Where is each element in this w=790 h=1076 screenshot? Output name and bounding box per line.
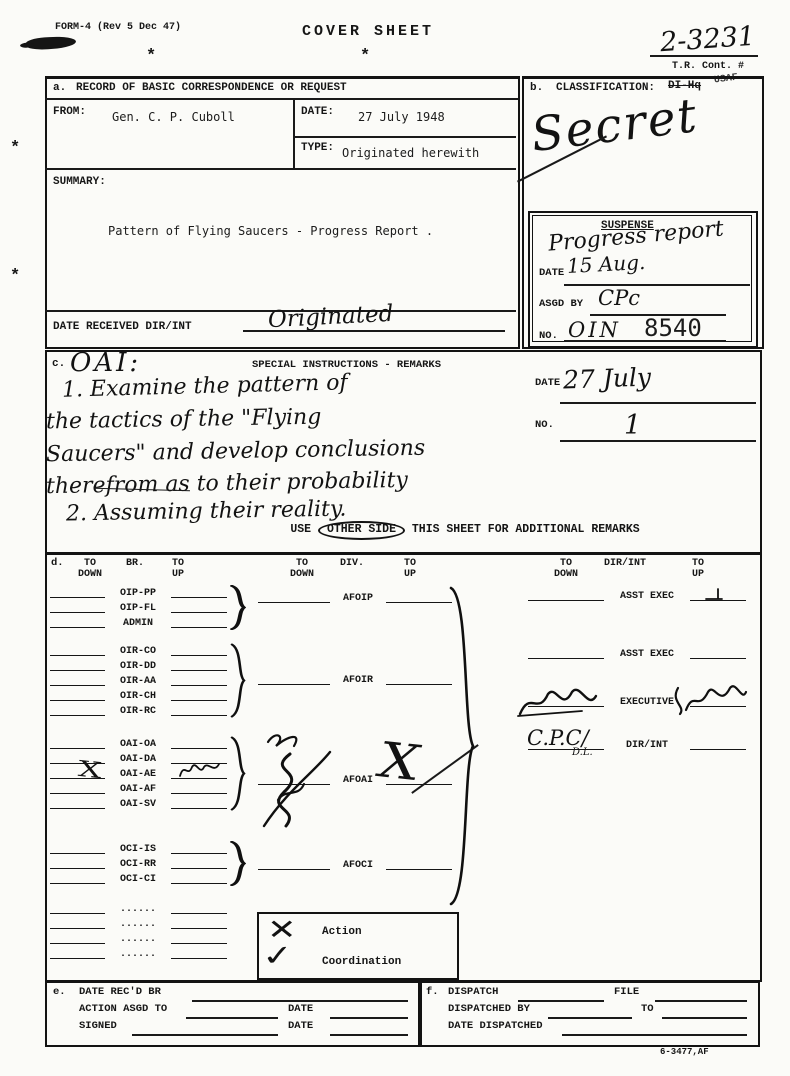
routing-code: OCI-RR	[105, 859, 171, 871]
control-number-label: T.R. Cont. #	[672, 61, 744, 72]
dirint-initials-sub: D.L.	[572, 748, 593, 758]
blank-line	[518, 1000, 604, 1002]
routing-row: OAI-OA	[50, 736, 227, 751]
routing-group-oip: OIP-PP OIP-FL ADMIN	[50, 585, 227, 630]
signed-label: SIGNED	[79, 1021, 117, 1033]
blank-line	[186, 1017, 278, 1019]
suspense-no-line	[564, 340, 726, 342]
use-other-side-post: THIS SHEET FOR ADDITIONAL REMARKS	[412, 523, 640, 536]
oai-ae-initials-scribble	[176, 758, 222, 780]
routing-row: OCI-CI	[50, 871, 227, 886]
divider	[293, 136, 516, 138]
dirint-initials-handwritten: C.P.C/	[527, 728, 589, 749]
date-label: DATE:	[301, 106, 334, 118]
date-received-line	[243, 330, 505, 332]
divider	[45, 168, 516, 170]
asterisk-mark: *	[360, 48, 370, 67]
section-f-label: f.	[426, 987, 439, 999]
br-col-header: BR.	[126, 558, 144, 569]
section-c-date-label: DATE	[535, 378, 560, 390]
routing-row: OIR-CH	[50, 688, 227, 703]
to-label: TO	[641, 1004, 654, 1016]
div-col-down-header: TO DOWN	[290, 558, 314, 580]
section-c-addressee-handwritten: OAI:	[70, 350, 141, 376]
suspense-asgd-handwritten: CPc	[598, 288, 640, 309]
routing-code: OAI-OA	[105, 739, 171, 751]
blank-line	[655, 1000, 747, 1002]
dirint-col-down-header: TO DOWN	[554, 558, 578, 580]
suspense-stamped-number: 8540	[644, 314, 702, 342]
blank-line	[548, 1017, 632, 1019]
routing-row: ......	[50, 916, 227, 931]
routing-code: OCI-IS	[105, 844, 171, 856]
page-title: COVER SHEET	[302, 24, 434, 41]
blank-line	[192, 1000, 408, 1002]
section-c-date-handwritten: 27 July	[563, 364, 652, 392]
routing-row: OIR-RC	[50, 703, 227, 718]
routing-code: OIR-CH	[105, 691, 171, 703]
remarks-line: the tactics of the "Flying	[46, 407, 322, 434]
routing-row: OAI-AF	[50, 781, 227, 796]
asst-exec-tick-mark	[702, 586, 728, 602]
summary-label: SUMMARY:	[53, 176, 106, 188]
routing-group-oci: OCI-IS OCI-RR OCI-CI	[50, 841, 227, 886]
div-routing-row: AFOIR	[258, 672, 454, 687]
group-brace	[230, 841, 246, 886]
routing-code: ......	[105, 904, 171, 916]
suspense-date-handwritten: 15 Aug.	[567, 252, 646, 276]
dirint-col-up-header: TO UP	[692, 558, 704, 580]
section-c-no-handwritten: 1	[624, 412, 641, 439]
action-asgd-label: ACTION ASGD TO	[79, 1004, 167, 1016]
section-a-label: a.	[53, 82, 66, 94]
type-value: Originated herewith	[342, 146, 479, 160]
routing-code: OAI-AF	[105, 784, 171, 796]
routing-row: OIR-DD	[50, 658, 227, 673]
routing-group-oir: OIR-CO OIR-DD OIR-AA OIR-CH OIR-RC	[50, 643, 227, 718]
routing-code: AFOCI	[330, 860, 386, 872]
routing-row: OCI-IS	[50, 841, 227, 856]
file-label: FILE	[614, 987, 639, 999]
date-recd-br-label: DATE REC'D BR	[79, 987, 161, 999]
use-other-side-pre: USE	[290, 523, 311, 536]
routing-code: AFOIP	[330, 593, 386, 605]
control-number-underline	[650, 55, 758, 57]
other-side-circled: OTHER SIDE	[318, 521, 405, 540]
routing-row: OCI-RR	[50, 856, 227, 871]
routing-code: ADMIN	[105, 618, 171, 630]
div-col-header: DIV.	[340, 558, 364, 569]
date-dispatched-label: DATE DISPATCHED	[448, 1021, 543, 1033]
blank-line	[330, 1034, 408, 1036]
section-c-no-line	[560, 440, 756, 442]
div-column-brace	[448, 586, 476, 906]
dispatch-label: DISPATCH	[448, 987, 498, 999]
routing-code: OCI-CI	[105, 874, 171, 886]
oai-ae-action-x-mark: X	[77, 759, 103, 783]
routing-row: ......	[50, 946, 227, 961]
routing-code: OIR-CO	[105, 646, 171, 658]
form-number: FORM-4 (Rev 5 Dec 47)	[55, 22, 181, 33]
section-c-date-line	[560, 402, 756, 404]
routing-code: OAI-SV	[105, 799, 171, 811]
routing-code: OIR-AA	[105, 676, 171, 688]
routing-code: OIR-DD	[105, 661, 171, 673]
section-b-title: CLASSIFICATION:	[556, 82, 655, 94]
ink-smudge	[26, 35, 77, 50]
routing-row: OIR-CO	[50, 643, 227, 658]
use-other-side-note: USE OTHER SIDE THIS SHEET FOR ADDITIONAL…	[240, 521, 690, 540]
routing-code: ......	[105, 934, 171, 946]
asterisk-mark: *	[10, 140, 20, 159]
divider	[45, 98, 518, 100]
br-col-down-header: TO DOWN	[78, 558, 102, 580]
section-e-label: e.	[53, 987, 66, 999]
suspense-asgd-label: ASGD BY	[539, 299, 583, 311]
asterisk-mark: *	[146, 48, 156, 67]
executive-down-signature	[516, 686, 600, 720]
control-number-handwritten: 2-3231	[659, 23, 756, 57]
blank-line	[562, 1034, 747, 1036]
routing-code: AFOIR	[330, 675, 386, 687]
routing-row: ......	[50, 901, 227, 916]
routing-row: OIP-PP	[50, 585, 227, 600]
afoai-signature-scribble	[256, 728, 340, 836]
blank-line	[132, 1034, 278, 1036]
footer-form-code: 6-3477,AF	[660, 1048, 709, 1058]
routing-row: OIP-FL	[50, 600, 227, 615]
suspense-date-label: DATE	[539, 268, 564, 280]
asterisk-mark: *	[10, 268, 20, 287]
routing-code: OAI-DA	[105, 754, 171, 766]
divider	[293, 100, 295, 170]
div-routing-row: AFOCI	[258, 857, 454, 872]
suspense-no-handwritten: OIN	[568, 320, 621, 341]
routing-code: ......	[105, 949, 171, 961]
routing-row: ADMIN	[50, 615, 227, 630]
section-a-title: RECORD OF BASIC CORRESPONDENCE OR REQUES…	[76, 82, 347, 94]
legend-coordination-label: Coordination	[322, 956, 401, 968]
group-brace	[230, 643, 246, 718]
routing-code: ......	[105, 919, 171, 931]
dirint-routing-row: ASST EXEC	[528, 646, 748, 661]
section-d-label: d.	[51, 558, 64, 570]
routing-row: OAI-SV	[50, 796, 227, 811]
routing-code: OAI-AE	[105, 769, 171, 781]
section-c-label: c.	[52, 358, 65, 370]
section-c-no-label: NO.	[535, 420, 554, 432]
blank-line	[330, 1017, 408, 1019]
dispatched-by-label: DISPATCHED BY	[448, 1004, 530, 1016]
section-b-label: b.	[530, 82, 543, 94]
from-value: Gen. C. P. Cuboll	[112, 110, 235, 124]
br-col-up-header: TO UP	[172, 558, 184, 580]
from-label: FROM:	[53, 106, 86, 118]
routing-code: ASST EXEC	[604, 649, 690, 661]
routing-code: DIR/INT	[604, 740, 690, 752]
date-value: 27 July 1948	[358, 110, 445, 124]
legend-action-label: Action	[322, 926, 362, 938]
routing-code: OIP-PP	[105, 588, 171, 600]
date-label: DATE	[288, 1021, 313, 1033]
routing-code: OIP-FL	[105, 603, 171, 615]
group-brace	[230, 736, 246, 811]
div-routing-row: AFOIP	[258, 590, 454, 605]
dirint-col-header: DIR/INT	[604, 558, 646, 569]
div-col-up-header: TO UP	[404, 558, 416, 580]
suspense-no-label: NO.	[539, 331, 558, 343]
routing-code: OIR-RC	[105, 706, 171, 718]
routing-code: ASST EXEC	[604, 591, 690, 603]
blank-line	[662, 1017, 747, 1019]
date-received-label: DATE RECEIVED DIR/INT	[53, 321, 192, 333]
group-brace	[230, 585, 246, 630]
summary-value: Pattern of Flying Saucers - Progress Rep…	[108, 224, 433, 238]
routing-group-blank: ...... ...... ...... ......	[50, 901, 227, 961]
suspense-date-line	[564, 284, 750, 286]
executive-up-signature	[668, 680, 748, 718]
date-label: DATE	[288, 1004, 313, 1016]
type-label: TYPE:	[301, 142, 334, 154]
cover-sheet-scan: FORM-4 (Rev 5 Dec 47) COVER SHEET 2-3231…	[0, 0, 790, 1076]
routing-row: ......	[50, 931, 227, 946]
routing-row: OIR-AA	[50, 673, 227, 688]
legend-coordination-check-icon: ✓	[260, 941, 295, 971]
